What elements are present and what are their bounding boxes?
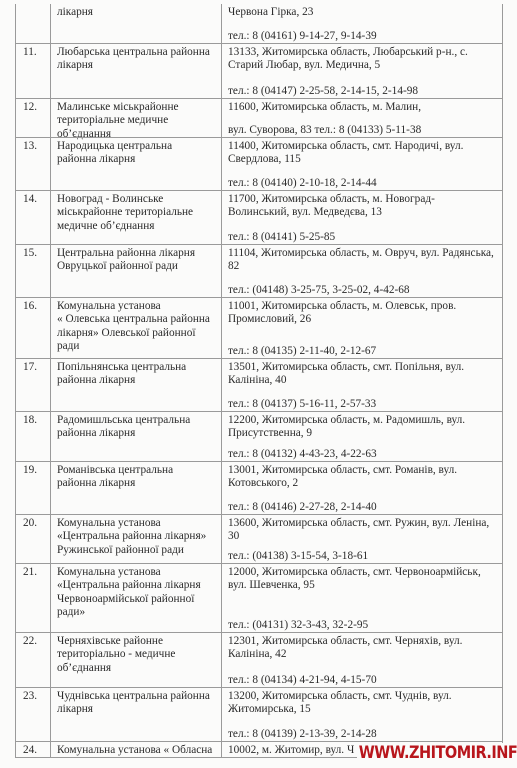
address-line: Калініна, 42 bbox=[228, 648, 502, 661]
row-number: 16. bbox=[16, 298, 50, 358]
address-cell: 13001, Житомирська область, смт. Романів… bbox=[221, 462, 502, 514]
table-row: 14.Новоград - Волинськеміськрайонне тери… bbox=[16, 190, 502, 244]
address-line: 30 bbox=[228, 530, 502, 543]
institution-name-line: Радомишльська центральна bbox=[57, 414, 221, 427]
institution-name-line: «Центральна районна лікарня bbox=[57, 579, 221, 592]
address-line: 12200, Житомирська область, м. Радомишль… bbox=[228, 414, 502, 427]
address-cell: 11700, Житомирська область, м. Новоград-… bbox=[221, 191, 502, 244]
row-number: 19. bbox=[16, 462, 50, 514]
address-cell: 11400, Житомирська область, смт. Народич… bbox=[221, 138, 502, 190]
institution-name-line: « Олевська центральна районна bbox=[57, 313, 221, 326]
address-cell: 11600, Житомирська область, м. Малин,вул… bbox=[221, 99, 502, 137]
site-watermark: WWW.ZHITOMIR.INFO bbox=[357, 743, 517, 763]
row-number: 20. bbox=[16, 515, 50, 563]
institution-name-line: лікарня bbox=[57, 703, 221, 716]
table-row: 21.Комунальна установа«Центральна районн… bbox=[16, 563, 502, 632]
institution-name-line: Новоград - Волинське bbox=[57, 193, 221, 206]
phone-line: тел.: 8 (04161) 9-14-27, 9-14-39 bbox=[228, 30, 377, 43]
address-line: 13001, Житомирська область, смт. Романів… bbox=[228, 464, 502, 477]
address-cell: Червона Гірка, 23тел.: 8 (04161) 9-14-27… bbox=[221, 4, 502, 43]
phone-line: тел.: (04131) 32-3-43, 32-2-95 bbox=[228, 619, 368, 632]
address-line: 82 bbox=[228, 260, 502, 273]
table-row: 22.Черняхівське районнетериторіально - м… bbox=[16, 632, 502, 687]
institution-name-line: лікарня bbox=[57, 59, 221, 72]
row-number: 11. bbox=[16, 44, 50, 98]
table-row: 17.Попільнянська центральнарайонна лікар… bbox=[16, 358, 502, 411]
address-line: Старий Любар, вул. Медична, 5 bbox=[228, 59, 502, 72]
institution-name: Малинське міськрайоннетериторіальне меди… bbox=[50, 99, 221, 137]
address-cell: 13501, Житомирська область, смт. Попільн… bbox=[221, 359, 502, 411]
address-cell: 12000, Житомирська область, смт. Червоно… bbox=[221, 564, 502, 632]
phone-line: тел.: 8 (04137) 5-16-11, 2-57-33 bbox=[228, 398, 376, 411]
address-line: 12301, Житомирська область, смт. Черняхі… bbox=[228, 635, 502, 648]
institution-name-line: «Центральна районна лікарня» bbox=[57, 530, 221, 543]
address-cell: 13133, Житомирська область, Любарський р… bbox=[221, 44, 502, 98]
row-number: 14. bbox=[16, 191, 50, 244]
institution-name: Новоград - Волинськеміськрайонне територ… bbox=[50, 191, 221, 244]
address-line: Промисловий, 26 bbox=[228, 313, 502, 326]
phone-line: вул. Суворова, 83 тел.: 8 (04133) 5-11-3… bbox=[228, 124, 421, 137]
institution-name-line: Комунальна установа « Обласна bbox=[57, 744, 221, 757]
address-line: Житомирська, 15 bbox=[228, 703, 502, 716]
institution-name-line: Комунальна установа bbox=[57, 517, 221, 530]
institution-name: Попільнянська центральнарайонна лікарня bbox=[50, 359, 221, 411]
institution-name-line: Центральна районна лікарня bbox=[57, 247, 221, 260]
phone-line: тел.: 8 (04135) 2-11-40, 2-12-67 bbox=[228, 345, 376, 358]
row-number: 24. bbox=[16, 742, 50, 757]
row-number: 12. bbox=[16, 99, 50, 137]
address-line: 11001, Житомирська область, м. Олевськ, … bbox=[228, 300, 502, 313]
institution-name-line: територіально - медичне bbox=[57, 648, 221, 661]
institution-name-line: Малинське міськрайонне bbox=[57, 101, 221, 114]
institution-name-line: ради bbox=[57, 340, 221, 353]
table-row: 23.Чуднівська центральна районналікарня1… bbox=[16, 687, 502, 741]
address-line: 11700, Житомирська область, м. Новоград- bbox=[228, 193, 502, 206]
institution-name: лікарня bbox=[50, 4, 221, 43]
institution-name-line: територіальне медичне bbox=[57, 114, 221, 127]
institution-name-line: Комунальна установа bbox=[57, 566, 221, 579]
address-line: Присутственна, 9 bbox=[228, 427, 502, 440]
address-line: Волинський, вул. Медведєва, 13 bbox=[228, 206, 502, 219]
institution-name-line: Червоноармійської районної bbox=[57, 593, 221, 606]
row-number: 23. bbox=[16, 688, 50, 741]
institution-name-line: об’єднання bbox=[57, 662, 221, 675]
institution-name-line: районна лікарня bbox=[57, 477, 221, 490]
address-cell: 11104, Житомирська область, м. Овруч, ву… bbox=[221, 245, 502, 297]
institution-name: Радомишльська центральнарайонна лікарня bbox=[50, 412, 221, 461]
institution-name-line: районна лікарня bbox=[57, 427, 221, 440]
institution-name-line: Романівська центральна bbox=[57, 464, 221, 477]
phone-line: тел.: (04138) 3-15-54, 3-18-61 bbox=[228, 550, 368, 563]
institution-name-line: міськрайонне територіальне bbox=[57, 206, 221, 219]
row-number: 15. bbox=[16, 245, 50, 297]
institution-name-line: районна лікарня bbox=[57, 374, 221, 387]
phone-line: тел.: 8 (04141) 5-25-85 bbox=[228, 231, 335, 244]
institution-name-line: ради» bbox=[57, 606, 221, 619]
address-cell: 13200, Житомирська область, смт. Чуднів,… bbox=[221, 688, 502, 741]
address-line: Калініна, 40 bbox=[228, 374, 502, 387]
address-line: Котовського, 2 bbox=[228, 477, 502, 490]
institution-name-line: лікарня» Олевської районної bbox=[57, 327, 221, 340]
table-row: 13.Народицька центральнарайонна лікарня1… bbox=[16, 137, 502, 190]
phone-line: тел.: 8 (04140) 2-10-18, 2-14-44 bbox=[228, 177, 377, 190]
address-line: 13501, Житомирська область, смт. Попільн… bbox=[228, 361, 502, 374]
table-row: 12.Малинське міськрайоннетериторіальне м… bbox=[16, 98, 502, 137]
institution-name: Любарська центральна районналікарня bbox=[50, 44, 221, 98]
address-line: 13200, Житомирська область, смт. Чуднів,… bbox=[228, 690, 502, 703]
table-row: лікарняЧервона Гірка, 23тел.: 8 (04161) … bbox=[16, 4, 502, 43]
address-cell: 12200, Житомирська область, м. Радомишль… bbox=[221, 412, 502, 461]
row-number bbox=[16, 4, 50, 43]
phone-line: тел.: 8 (04147) 2-25-58, 2-14-15, 2-14-9… bbox=[228, 85, 418, 98]
row-number: 21. bbox=[16, 564, 50, 632]
row-number: 22. bbox=[16, 633, 50, 687]
institution-name: Центральна районна лікарняОвруцької райо… bbox=[50, 245, 221, 297]
address-line: 11600, Житомирська область, м. Малин, bbox=[228, 101, 502, 114]
institution-name: Черняхівське районнетериторіально - меди… bbox=[50, 633, 221, 687]
row-number: 17. bbox=[16, 359, 50, 411]
address-line: 11104, Житомирська область, м. Овруч, ву… bbox=[228, 247, 502, 260]
institution-name-line: Овруцької районної ради bbox=[57, 260, 221, 273]
institution-name: Романівська центральнарайонна лікарня bbox=[50, 462, 221, 514]
institution-name-line: Народицька центральна bbox=[57, 140, 221, 153]
institution-name: Комунальна установа « Обласна bbox=[50, 742, 221, 757]
phone-line: тел.: 8 (04132) 4-43-23, 4-22-63 bbox=[228, 448, 377, 461]
address-line: 13133, Житомирська область, Любарський р… bbox=[228, 46, 502, 59]
table-row: 15.Центральна районна лікарняОвруцької р… bbox=[16, 244, 502, 297]
institution-name-line: Комунальна установа bbox=[57, 300, 221, 313]
address-line: Свердлова, 115 bbox=[228, 153, 502, 166]
institution-name-line: Чуднівська центральна районна bbox=[57, 690, 221, 703]
phone-line: тел.: 8 (04139) 2-13-39, 2-14-28 bbox=[228, 728, 377, 741]
address-line: вул. Шевченка, 95 bbox=[228, 579, 502, 592]
address-line: Червона Гірка, 23 bbox=[228, 6, 502, 19]
table-row: 18.Радомишльська центральнарайонна лікар… bbox=[16, 411, 502, 461]
address-cell: 13600, Житомирська область, смт. Ружин, … bbox=[221, 515, 502, 563]
row-number: 13. bbox=[16, 138, 50, 190]
institution-name-line: медичне об’єднання bbox=[57, 220, 221, 233]
table-row: 19.Романівська центральнарайонна лікарня… bbox=[16, 461, 502, 514]
institution-name-line: лікарня bbox=[57, 6, 221, 19]
institution-name-line: районна лікарня bbox=[57, 153, 221, 166]
institution-name: Чуднівська центральна районналікарня bbox=[50, 688, 221, 741]
scanned-document-page: лікарняЧервона Гірка, 23тел.: 8 (04161) … bbox=[0, 0, 517, 768]
row-number: 18. bbox=[16, 412, 50, 461]
phone-line: тел.: 8 (04146) 2-27-28, 2-14-40 bbox=[228, 501, 377, 514]
table-row: 20.Комунальна установа«Центральна районн… bbox=[16, 514, 502, 563]
institution-name: Народицька центральнарайонна лікарня bbox=[50, 138, 221, 190]
phone-line: тел.: (04148) 3-25-75, 3-25-02, 4-42-68 bbox=[228, 284, 410, 297]
hospital-contacts-table: лікарняЧервона Гірка, 23тел.: 8 (04161) … bbox=[15, 4, 503, 758]
table-row: 11.Любарська центральна районналікарня13… bbox=[16, 43, 502, 98]
phone-line: тел.: 8 (04134) 4-21-94, 4-15-70 bbox=[228, 674, 377, 687]
address-line: 11400, Житомирська область, смт. Народич… bbox=[228, 140, 502, 153]
address-line: 13600, Житомирська область, смт. Ружин, … bbox=[228, 517, 502, 530]
address-line: 12000, Житомирська область, смт. Червоно… bbox=[228, 566, 502, 579]
institution-name: Комунальна установа«Центральна районна л… bbox=[50, 515, 221, 563]
institution-name-line: Любарська центральна районна bbox=[57, 46, 221, 59]
institution-name-line: Ружинської районної ради bbox=[57, 544, 221, 557]
table-row: 16.Комунальна установа« Олевська централ… bbox=[16, 297, 502, 358]
institution-name: Комунальна установа«Центральна районна л… bbox=[50, 564, 221, 632]
address-cell: 12301, Житомирська область, смт. Черняхі… bbox=[221, 633, 502, 687]
institution-name-line: Попільнянська центральна bbox=[57, 361, 221, 374]
institution-name: Комунальна установа« Олевська центральна… bbox=[50, 298, 221, 358]
institution-name-line: Черняхівське районне bbox=[57, 635, 221, 648]
address-cell: 11001, Житомирська область, м. Олевськ, … bbox=[221, 298, 502, 358]
